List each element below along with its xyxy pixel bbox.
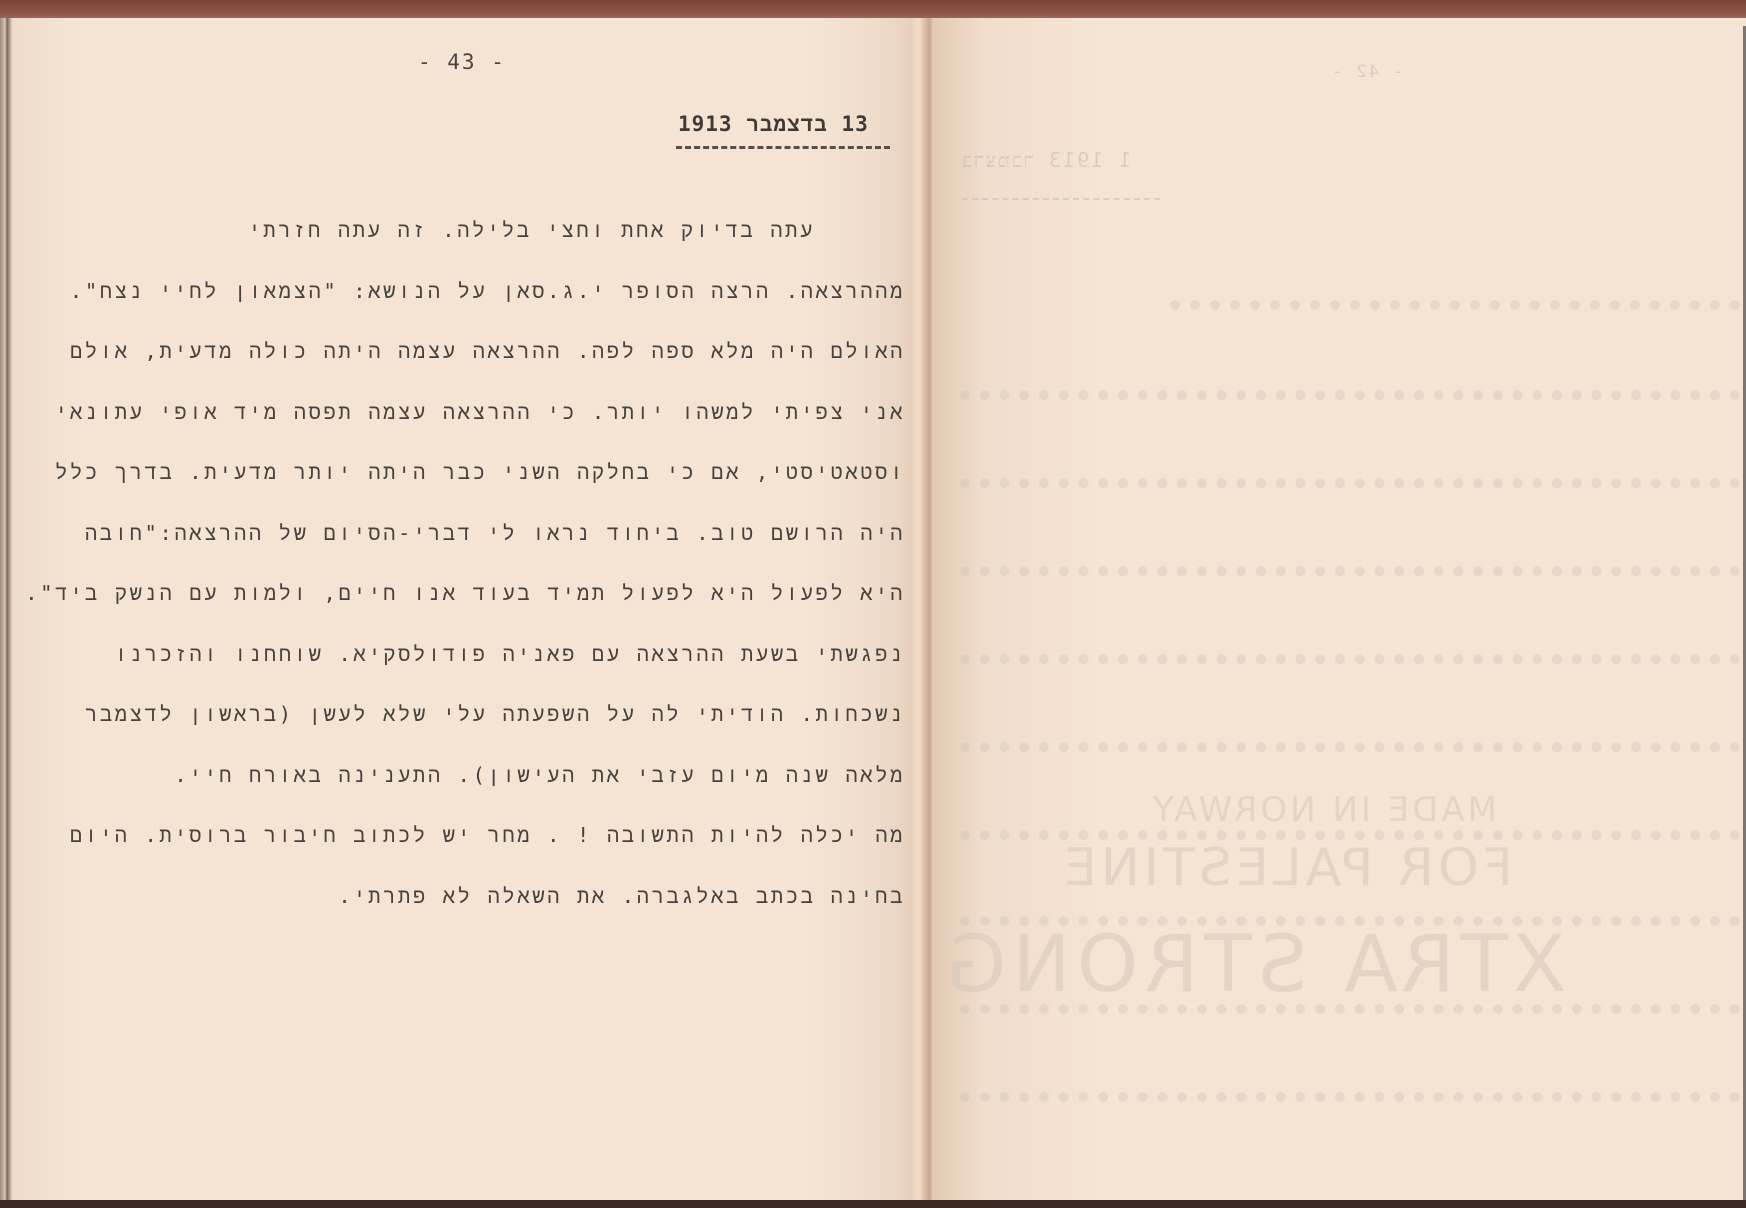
ghost-date-underline xyxy=(962,198,1160,200)
text-line: האולם היה מלא ספה לפה. ההרצאה עצמה היתה … xyxy=(20,321,905,382)
book-bottom-edge xyxy=(0,1200,1746,1208)
right-page xyxy=(934,18,1746,1200)
text-line: בחינה בכתב באלגברה. את השאלה לא פתרתי. xyxy=(20,866,905,927)
text-line: מלאה שנה מיום עזבי את העישון). התענינה ב… xyxy=(20,745,905,806)
date-underline xyxy=(676,146,890,149)
text-line: היה הרושם טוב. ביחוד נראו לי דברי-הסיום … xyxy=(20,503,905,564)
text-line: מה יכלה להיות התשובה ! . מחר יש לכתוב חי… xyxy=(20,805,905,866)
page-number: - 43 - xyxy=(418,50,506,74)
text-line: היא לפעול היא לפעול תמיד בעוד אנו חיים, … xyxy=(20,563,905,624)
text-line: מההרצאה. הרצה הסופר י.ג.סאן על הנושא: "ה… xyxy=(20,261,905,322)
text-line: אני צפיתי למשהו יותר. כי ההרצאה עצמה תפס… xyxy=(20,382,905,443)
ghost-stamp-line: MADE IN NORWAY xyxy=(1150,790,1497,830)
diary-entry-body: עתה בדיוק אחת וחצי בלילה. זה עתה חזרתי מ… xyxy=(20,200,905,926)
text-line: וסטאטיסטי, אם כי בחלקה השני כבר היתה יות… xyxy=(20,442,905,503)
ghost-stamp-line: FOR PALESTINE xyxy=(1060,838,1513,898)
text-line: נשכחות. הודיתי לה על השפעתה עלי שלא לעשן… xyxy=(20,684,905,745)
ghost-page-number: - 42 - xyxy=(1330,62,1403,82)
text-line: נפגשתי בשעת ההרצאה עם פאניה פודולסקיא. ש… xyxy=(20,624,905,685)
book-binding-left xyxy=(0,18,12,1208)
date-heading: 13 בדצמבר 1913 xyxy=(678,112,869,138)
ghost-date-heading: 1 בדצמבר 1913 xyxy=(960,148,1131,173)
text-line: עתה בדיוק אחת וחצי בלילה. זה עתה חזרתי xyxy=(20,200,905,261)
book-gutter xyxy=(912,18,934,1200)
ghost-stamp-line: XTRA STRONG xyxy=(940,920,1566,1010)
